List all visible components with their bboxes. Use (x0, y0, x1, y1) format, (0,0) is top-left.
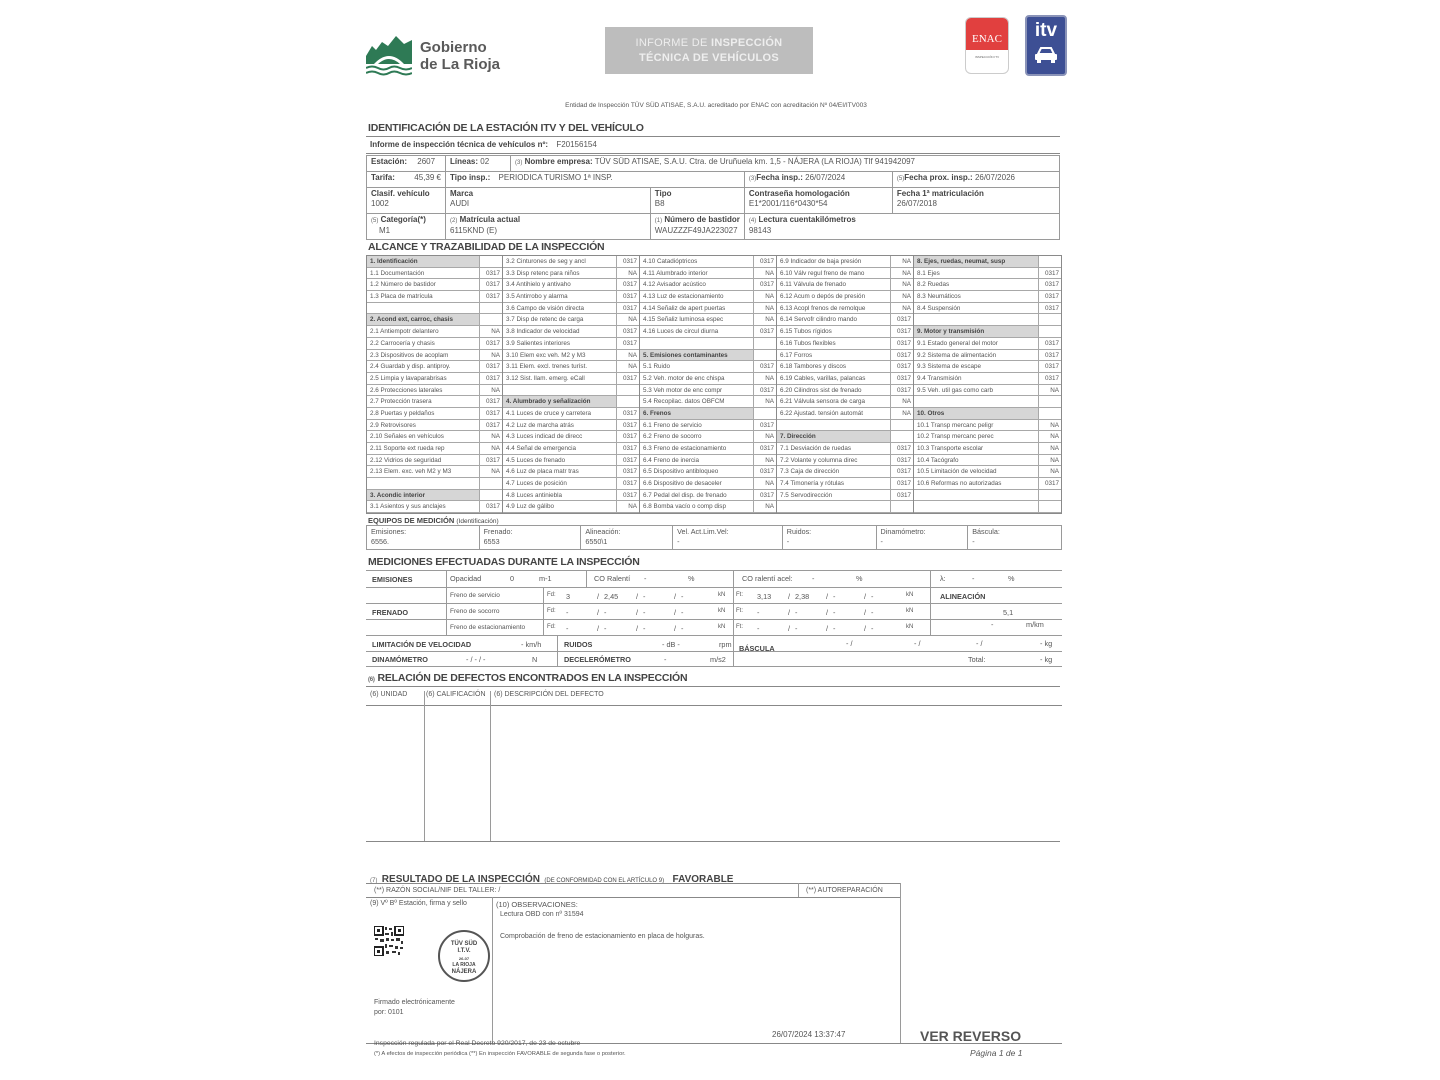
alcance-item: 3.8 Indicador de velocidad0317 (503, 326, 639, 338)
alcance-item-name: 3. Acondic interior (367, 490, 480, 501)
alcance-item-name: 6.17 Forros (777, 350, 891, 361)
alcance-item-name: 3.3 Disp retenc para niños (503, 268, 617, 279)
alcance-item-code: NA (1039, 443, 1061, 454)
alcance-item (914, 396, 1061, 408)
alcance-group-header: 5. Emisiones contaminantes (640, 350, 776, 362)
alcance-item-name: 10.3 Transporte escolar (914, 443, 1039, 454)
alcance-item-name (367, 478, 480, 489)
alcance-item-code: NA (891, 291, 913, 302)
alcance-item-code: 0317 (1039, 279, 1061, 290)
alcance-item-name: 4.12 Avisador acústico (640, 279, 754, 290)
alcance-item-name: 6.18 Tambores y discos (777, 361, 891, 372)
footer-timestamp: 26/07/2024 13:37:47 (772, 1030, 845, 1039)
alcance-item-code: NA (754, 314, 776, 325)
separator: / (826, 592, 828, 601)
alcance-item: 4.3 Luces indicad de direcc0317 (503, 431, 639, 443)
alcance-item: 6.17 Forros0317 (777, 350, 913, 362)
separator: / (788, 608, 790, 617)
contrasena-label: Contraseña homologación (749, 189, 888, 199)
alcance-item: 4.14 Señaliz de apert puertasNA (640, 303, 776, 315)
alcance-item-name: 6.2 Freno de socorro (640, 431, 754, 442)
alcance-item: 2.5 Limpia y lavaparabrisas0317 (367, 373, 502, 385)
alcance-item: 8.3 Neumáticos0317 (914, 291, 1061, 303)
alcance-item-code (617, 396, 639, 407)
alcance-item: 1.1 Documentación0317 (367, 268, 502, 280)
ft-value: 3,13 (757, 592, 771, 601)
resultado-title-row: (7) RESULTADO DE LA INSPECCIÓN (DE CONFO… (370, 869, 733, 887)
alcance-item-code (891, 420, 913, 431)
alcance-item-code (480, 490, 502, 501)
alcance-item-code: NA (1039, 455, 1061, 466)
alcance-item-name: 2. Acond ext, carroc, chasis (367, 314, 480, 325)
alcance-item: 6.8 Bomba vacío o comp dispNA (640, 501, 776, 513)
separator: / (636, 624, 638, 633)
alcance-item-code (891, 431, 913, 442)
alcance-item: 4.9 Luz de gáliboNA (503, 501, 639, 513)
alcance-column: 1. Identificación1.1 Documentación03171.… (367, 256, 503, 513)
alcance-item: 1.3 Placa de matrícula0317 (367, 291, 502, 303)
alcance-item: 2.7 Protección trasera0317 (367, 396, 502, 408)
alcance-item-name: 2.7 Protección trasera (367, 396, 480, 407)
informe-number-row: Informe de inspección técnica de vehícul… (370, 140, 597, 149)
separator: / (636, 592, 638, 601)
alcance-item-name: 6.20 Cilindros sist de frenado (777, 385, 891, 396)
alcance-item: 2.9 Retrovisores0317 (367, 420, 502, 432)
separator: / (674, 592, 676, 601)
alcance-item-name: 6.8 Bomba vacío o comp disp (640, 501, 754, 512)
alcance-item: 9.2 Sistema de alimentación0317 (914, 350, 1061, 362)
fd-value: 3 (566, 592, 570, 601)
fd-label: Fd: (547, 592, 556, 598)
mediciones-title: MEDICIONES EFECTUADAS DURANTE LA INSPECC… (368, 556, 640, 568)
alcance-item-code: 0317 (617, 338, 639, 349)
alcance-item: 3.3 Disp retenc para niñosNA (503, 268, 639, 280)
alcance-item: 6.15 Tubos rígidos0317 (777, 326, 913, 338)
equipo-value: 6550\1 (585, 537, 668, 547)
alcance-item-code: 0317 (480, 338, 502, 349)
fd-value: - (566, 624, 568, 633)
alcance-item-name: 2.2 Carrocería y chasis (367, 338, 480, 349)
fd-value-3: - (643, 608, 645, 617)
equipo-label: Vel. Act.Lim.Vel: (677, 527, 778, 537)
alcance-item-code: 0317 (480, 268, 502, 279)
separator: / (864, 592, 866, 601)
alcance-item: 6.10 Válv regul freno de manoNA (777, 268, 913, 280)
alcance-item-code: 0317 (754, 443, 776, 454)
tarifa-value: 45,39 € (414, 173, 441, 183)
fd-value-3: - (643, 592, 645, 601)
alcance-item-name: 4.10 Catadióptricos (640, 256, 754, 267)
alcance-item: 6.22 Ajustad. tensión automátNA (777, 408, 913, 420)
equipos-row: Emisiones:6556.Frenado:6553Alineación:65… (366, 525, 1062, 550)
fd-label: Fd: (547, 608, 556, 614)
alcance-item-code: NA (1039, 431, 1061, 442)
col-descripcion: (6) DESCRIPCIÓN DEL DEFECTO (494, 691, 604, 698)
alcance-item-code (891, 501, 913, 512)
alcance-item: 2.2 Carrocería y chasis0317 (367, 338, 502, 350)
alcance-item-code: 0317 (617, 373, 639, 384)
alcance-item: 10.3 Transporte escolarNA (914, 443, 1061, 455)
divider (366, 136, 1060, 137)
ft-value-3: - (833, 624, 835, 633)
alcance-item-name: 8.1 Ejes (914, 268, 1039, 279)
alcance-item: 8.4 Suspensión0317 (914, 303, 1061, 315)
gobierno-la-rioja-logo: Gobierno de La Rioja (366, 32, 516, 80)
divider (366, 686, 1060, 687)
alcance-item: 7.4 Timonería y rótulas0317 (777, 478, 913, 490)
alcance-group-header: 8. Ejes, ruedas, neumat, susp (914, 256, 1061, 268)
alcance-item-name: 6.12 Acum o depós de presión (777, 291, 891, 302)
alcance-item-code: NA (891, 268, 913, 279)
alcance-item-code (754, 350, 776, 361)
limitacion-value: - km/h (521, 640, 541, 649)
tipo-value: B8 (655, 199, 740, 209)
alcance-item: 4.16 Luces de circul diurna0317 (640, 326, 776, 338)
co-acel-unit: % (856, 574, 863, 583)
alcance-item-name: 4.3 Luces indicad de direcc (503, 431, 617, 442)
alcance-item-name: 6.9 Indicador de baja presión (777, 256, 891, 267)
opacidad-value: 0 (510, 574, 514, 583)
lambda-unit: % (1008, 574, 1015, 583)
identificacion-title: IDENTIFICACIÓN DE LA ESTACIÓN ITV Y DEL … (368, 122, 644, 134)
alcance-item-name: 7.2 Volante y columna direc (777, 455, 891, 466)
firma-label: (9) Vº Bº Estación, firma y sello (370, 900, 467, 907)
informe-value: F20156154 (556, 140, 596, 149)
limitacion-label: LIMITACIÓN DE VELOCIDAD (372, 640, 471, 649)
alcance-item-name: 9.1 Estado general del motor (914, 338, 1039, 349)
alcance-item: 6.6 Dispositivo de desacelerNA (640, 478, 776, 490)
alcance-item-code: 0317 (1039, 303, 1061, 314)
stamp-line-2: I.T.V. (440, 948, 488, 955)
alcance-item: 2.3 Dispositivos de acoplamNA (367, 350, 502, 362)
enac-logo: ENAC INSPECCIÓN ITV (965, 17, 1009, 74)
alcance-item-name: 4.8 Luces antiniebla (503, 490, 617, 501)
alcance-item-code (480, 303, 502, 314)
alcance-item: 4.4 Señal de emergencia0317 (503, 443, 639, 455)
estacion-value: 2607 (417, 157, 435, 166)
alcance-item-code: 0317 (754, 326, 776, 337)
alcance-item-code: 0317 (480, 501, 502, 512)
alcance-item-code: 0317 (891, 373, 913, 384)
alcance-item (914, 314, 1061, 326)
alcance-item-code (1039, 408, 1061, 419)
alcance-item-code: NA (617, 501, 639, 512)
empresa-value: TÜV SÜD ATISAE, S.A.U. Ctra. de Uruñuela… (595, 157, 915, 166)
matricula-value: 6115KND (E) (450, 226, 646, 236)
fd-value-4: - (681, 608, 683, 617)
alcance-item-name: 6.6 Dispositivo de desaceler (640, 478, 754, 489)
alcance-item: 5.3 Veh motor de enc compr0317 (640, 385, 776, 397)
alcance-item: 6.12 Acum o depós de presiónNA (777, 291, 913, 303)
alcance-item-name: 3.1 Asientos y sus anclajes (367, 501, 480, 512)
tipo-insp-value: PERIODICA TURISMO 1ª INSP. (499, 173, 613, 182)
alcance-item-code: 0317 (1039, 291, 1061, 302)
alineacion-value-2: - (991, 620, 993, 629)
alcance-item: 4.12 Avisador acústico0317 (640, 279, 776, 291)
alcance-item-name: 7.4 Timonería y rótulas (777, 478, 891, 489)
alcance-item: 2.6 Protecciones lateralesNA (367, 385, 502, 397)
separator: / (636, 608, 638, 617)
km-value: 98143 (749, 226, 1055, 236)
equipo-label: Ruidos: (787, 527, 872, 537)
inspection-report-page: Gobierno de La Rioja INFORME DE INSPECCI… (366, 14, 1066, 1074)
alcance-item: 9.1 Estado general del motor0317 (914, 338, 1061, 350)
clasif-label: Clasif. vehículo (371, 189, 441, 199)
kn-unit: kN (906, 608, 913, 614)
alcance-item-code: 0317 (480, 279, 502, 290)
alcance-item-code: 0317 (480, 455, 502, 466)
stamp-line-3: 26-07 (440, 955, 488, 962)
alcance-item (503, 385, 639, 397)
alcance-item-code: 0317 (754, 420, 776, 431)
alineacion-unit: m/km (1026, 620, 1044, 629)
alcance-item-name: 2.4 Guardab y disp. antiproy. (367, 361, 480, 372)
alcance-item-name: 2.8 Puertas y peldaños (367, 408, 480, 419)
alcance-item-code: NA (617, 268, 639, 279)
alcance-item-name (914, 314, 1039, 325)
footer-decreto: Inspección regulada por el Real Decreto … (374, 1040, 580, 1047)
alcance-item: 3.11 Elem. excl. trenes turíst.NA (503, 361, 639, 373)
alcance-item-code (480, 478, 502, 489)
alcance-item-name: 3.5 Antirrobo y alarma (503, 291, 617, 302)
alcance-item: 6.5 Dispositivo antibloqueo0317 (640, 466, 776, 478)
alcance-item-name: 2.12 Vidrios de seguridad (367, 455, 480, 466)
equipo-value: 6556. (371, 537, 475, 547)
alcance-item: 3.5 Antirrobo y alarma0317 (503, 291, 639, 303)
tipo-label: Tipo (655, 189, 740, 199)
alcance-item-name: 9.5 Veh. util gas como carb (914, 385, 1039, 396)
bascula-value-3: - / (976, 639, 983, 648)
equipos-sub: (Identificación) (456, 518, 498, 525)
logo-line-1: Gobierno (420, 39, 500, 56)
ver-reverso: VER REVERSO (920, 1028, 1021, 1044)
alcance-group-header: 9. Motor y transmisión (914, 326, 1061, 338)
alcance-item-code: 0317 (480, 361, 502, 372)
alcance-item-name: 4. Alumbrado y señalización (503, 396, 617, 407)
opacidad-label: Opacidad (450, 574, 481, 583)
alcance-item-name: 5.3 Veh motor de enc compr (640, 385, 754, 396)
alcance-item-code: NA (1039, 466, 1061, 477)
km-ref: (4) (749, 218, 756, 224)
kn-unit: kN (718, 624, 725, 630)
alcance-item: 4.11 Alumbrado interiorNA (640, 268, 776, 280)
bascula-value-4: - kg (1040, 639, 1052, 648)
alcance-item-code: 0317 (754, 256, 776, 267)
footer-nota: (*) A efectos de inspección periódica (*… (374, 1051, 626, 1057)
alcance-item-name (777, 420, 891, 431)
alcance-group-header: 7. Dirección (777, 431, 913, 443)
decelerometro-label: DECELERÓMETRO (564, 655, 631, 664)
alcance-item-name: 7.3 Caja de dirección (777, 466, 891, 477)
fd-value-4: - (681, 592, 683, 601)
alcance-item-name: 4.14 Señaliz de apert puertas (640, 303, 754, 314)
equipos-title: EQUIPOS DE MEDICIÓN (368, 516, 454, 525)
alcance-item: 4.10 Catadióptricos0317 (640, 256, 776, 268)
alcance-item-name: 6.7 Pedal del disp. de frenado (640, 490, 754, 501)
alcance-item: 6.21 Válvula sensora de cargaNA (777, 396, 913, 408)
alcance-item-name: 6.21 Válvula sensora de carga (777, 396, 891, 407)
enac-label: ENAC (966, 18, 1008, 50)
stamp-line-4: LA RIOJA (440, 962, 488, 969)
alcance-item-code: 0317 (891, 338, 913, 349)
defectos-title-row: (6) RELACIÓN DE DEFECTOS ENCONTRADOS EN … (368, 672, 687, 684)
alcance-item-name: 6.19 Cables, varillas, palancas (777, 373, 891, 384)
alcance-item-code: NA (617, 361, 639, 372)
categoria-value: M1 (371, 226, 441, 236)
alcance-item-code (1039, 326, 1061, 337)
bascula-value-1: - / (846, 639, 853, 648)
alcance-item: 4.8 Luces antiniebla0317 (503, 490, 639, 502)
alcance-item-code: 0317 (617, 431, 639, 442)
kn-unit: kN (906, 624, 913, 630)
alcance-item-name: 6.22 Ajustad. tensión automát (777, 408, 891, 419)
separator: / (597, 608, 599, 617)
alcance-item-code: 0317 (480, 373, 502, 384)
alcance-item-name: 4.7 Luces de posición (503, 478, 617, 489)
alcance-item-code: 0317 (617, 279, 639, 290)
estacion-label: Estación: (371, 157, 407, 166)
alcance-item: 1.2 Número de bastidor0317 (367, 279, 502, 291)
col-calificacion: (6) CALIFICACIÓN (426, 691, 486, 698)
fd-value-3: - (643, 624, 645, 633)
alcance-item-name: 6.15 Tubos rígidos (777, 326, 891, 337)
alcance-item-name: 5. Emisiones contaminantes (640, 350, 754, 361)
alcance-item-code: 0317 (480, 291, 502, 302)
alcance-item: 4.5 Luces de frenado0317 (503, 455, 639, 467)
fd-value-4: - (681, 624, 683, 633)
decelerometro-value: - (664, 655, 666, 664)
alcance-item-name: 6.11 Válvula de frenado (777, 279, 891, 290)
alcance-item-name: 7.5 Servodirección (777, 490, 891, 501)
alcance-item-code: NA (480, 443, 502, 454)
alcance-item-code: 0317 (754, 466, 776, 477)
alcance-item-name: 1.3 Placa de matrícula (367, 291, 480, 302)
fecha-prox-value: 26/07/2026 (975, 173, 1015, 182)
equipos-title-row: EQUIPOS DE MEDICIÓN (Identificación) (368, 516, 499, 525)
car-icon (1034, 46, 1058, 64)
alcance-item-code: NA (891, 396, 913, 407)
alcance-item: 6.7 Pedal del disp. de frenado0317 (640, 490, 776, 502)
ft-value: - (757, 608, 759, 617)
alcance-item: 6.1 Freno de servicio0317 (640, 420, 776, 432)
alcance-item: 6.13 Acopl frenos de remolqueNA (777, 303, 913, 315)
alcance-item-code (480, 314, 502, 325)
alcance-item-name (367, 303, 480, 314)
alcance-item-name: 10.2 Transp mercanc perec (914, 431, 1039, 442)
alcance-item-code: NA (754, 431, 776, 442)
tipo-insp-label: Tipo insp.: (450, 173, 490, 182)
alcance-item: 6.9 Indicador de baja presiónNA (777, 256, 913, 268)
defectos-title: RELACIÓN DE DEFECTOS ENCONTRADOS EN LA I… (377, 672, 687, 684)
alcance-item-name: 10.1 Transp mercanc peligr (914, 420, 1039, 431)
alcance-item-name: 3.11 Elem. excl. trenes turíst. (503, 361, 617, 372)
alcance-item-name: 4.13 Luz de estacionamiento (640, 291, 754, 302)
tuv-sud-stamp: TÜV SÜD I.T.V. 26-07 LA RIOJA NÁJERA (438, 930, 490, 982)
alcance-item-name: 9. Motor y transmisión (914, 326, 1039, 337)
ft-value: - (757, 624, 759, 633)
alcance-item (640, 338, 776, 350)
defectos-header: (6) UNIDAD (6) CALIFICACIÓN (6) DESCRIPC… (366, 691, 1062, 706)
ruidos-unit: rpm (719, 640, 732, 649)
alcance-item-code: 0317 (617, 443, 639, 454)
alcance-item-name: 8.2 Ruedas (914, 279, 1039, 290)
alcance-column: 4.10 Catadióptricos03174.11 Alumbrado in… (640, 256, 777, 513)
alcance-item: 2.11 Soporte ext rueda repNA (367, 443, 502, 455)
alcance-item-name: 3.9 Salientes interiores (503, 338, 617, 349)
alcance-item-name: 3.4 Antihielo y antivaho (503, 279, 617, 290)
ft-value-3: - (833, 608, 835, 617)
matricula-label: Matrícula actual (460, 215, 520, 224)
alcance-item-code: 0317 (891, 314, 913, 325)
alcance-item-name: 7.1 Desviación de ruedas (777, 443, 891, 454)
alcance-item-code: 0317 (1039, 350, 1061, 361)
alcance-item-name: 10.4 Tacógrafo (914, 455, 1039, 466)
alcance-item-name: 9.2 Sistema de alimentación (914, 350, 1039, 361)
alcance-item-name: 6.16 Tubos flexibles (777, 338, 891, 349)
separator: / (864, 608, 866, 617)
equipo-value: - (972, 537, 1057, 547)
alcance-item-name: 2.1 Antiempotr delantero (367, 326, 480, 337)
fd-value-2: - (604, 624, 606, 633)
alcance-item-name: 1. Identificación (367, 256, 480, 267)
alcance-item: 3.4 Antihielo y antivaho0317 (503, 279, 639, 291)
alcance-item-name: 2.5 Limpia y lavaparabrisas (367, 373, 480, 384)
stamp-line-1: TÜV SÜD (440, 941, 488, 948)
alcance-item-name: 4.6 Luz de placa matr tras (503, 466, 617, 477)
equipo-label: Báscula: (972, 527, 1057, 537)
informe-label: Informe de inspección técnica de vehícul… (370, 140, 548, 149)
bastidor-ref: (1) (655, 218, 662, 224)
alcance-item-code: 0317 (891, 385, 913, 396)
ft-value-2: - (795, 624, 797, 633)
alcance-item-code (1039, 256, 1061, 267)
ruidos-value: - dB - (662, 640, 680, 649)
alcance-item-code: NA (891, 303, 913, 314)
ft-value-3: - (833, 592, 835, 601)
observacion-1: Lectura OBD con nº 31594 (500, 911, 584, 918)
alcance-item (367, 303, 502, 315)
alcance-item-name: 6.4 Freno de inercia (640, 455, 754, 466)
alcance-item-name: 2.13 Elem. exc. veh M2 y M3 (367, 466, 480, 477)
alcance-item-code: 0317 (754, 361, 776, 372)
alcance-item: 10.2 Transp mercanc perecNA (914, 431, 1061, 443)
separator: / (788, 624, 790, 633)
alcance-item-code: NA (480, 431, 502, 442)
ft-value-4: - (871, 608, 873, 617)
alcance-item-name: 2.3 Dispositivos de acoplam (367, 350, 480, 361)
alcance-item-code: 0317 (754, 385, 776, 396)
alcance-item: 4.7 Luces de posición0317 (503, 478, 639, 490)
ft-label: Ft: (736, 624, 743, 630)
alcance-item: 7.3 Caja de dirección0317 (777, 466, 913, 478)
alcance-item-code: NA (617, 314, 639, 325)
alcance-item-code: 0317 (617, 326, 639, 337)
defectos-ref: (6) (368, 677, 375, 683)
alcance-item-code: 0317 (617, 408, 639, 419)
alcance-item: 8.2 Ruedas0317 (914, 279, 1061, 291)
alcance-item: 2.13 Elem. exc. veh M2 y M3NA (367, 466, 502, 478)
alcance-item-code: 0317 (617, 256, 639, 267)
alcance-item: 10.5 Limitación de velocidadNA (914, 466, 1061, 478)
alcance-group-header: 6. Frenos (640, 408, 776, 420)
equipo-cell: Emisiones:6556. (367, 526, 480, 549)
alcance-item-name: 7. Dirección (777, 431, 891, 442)
alcance-item-code: 0317 (617, 303, 639, 314)
alcance-item-name: 5.2 Veh. motor de enc chispa (640, 373, 754, 384)
alcance-item-code: 0317 (891, 326, 913, 337)
alcance-item-code (1039, 501, 1061, 512)
alcance-item-code (1039, 490, 1061, 501)
